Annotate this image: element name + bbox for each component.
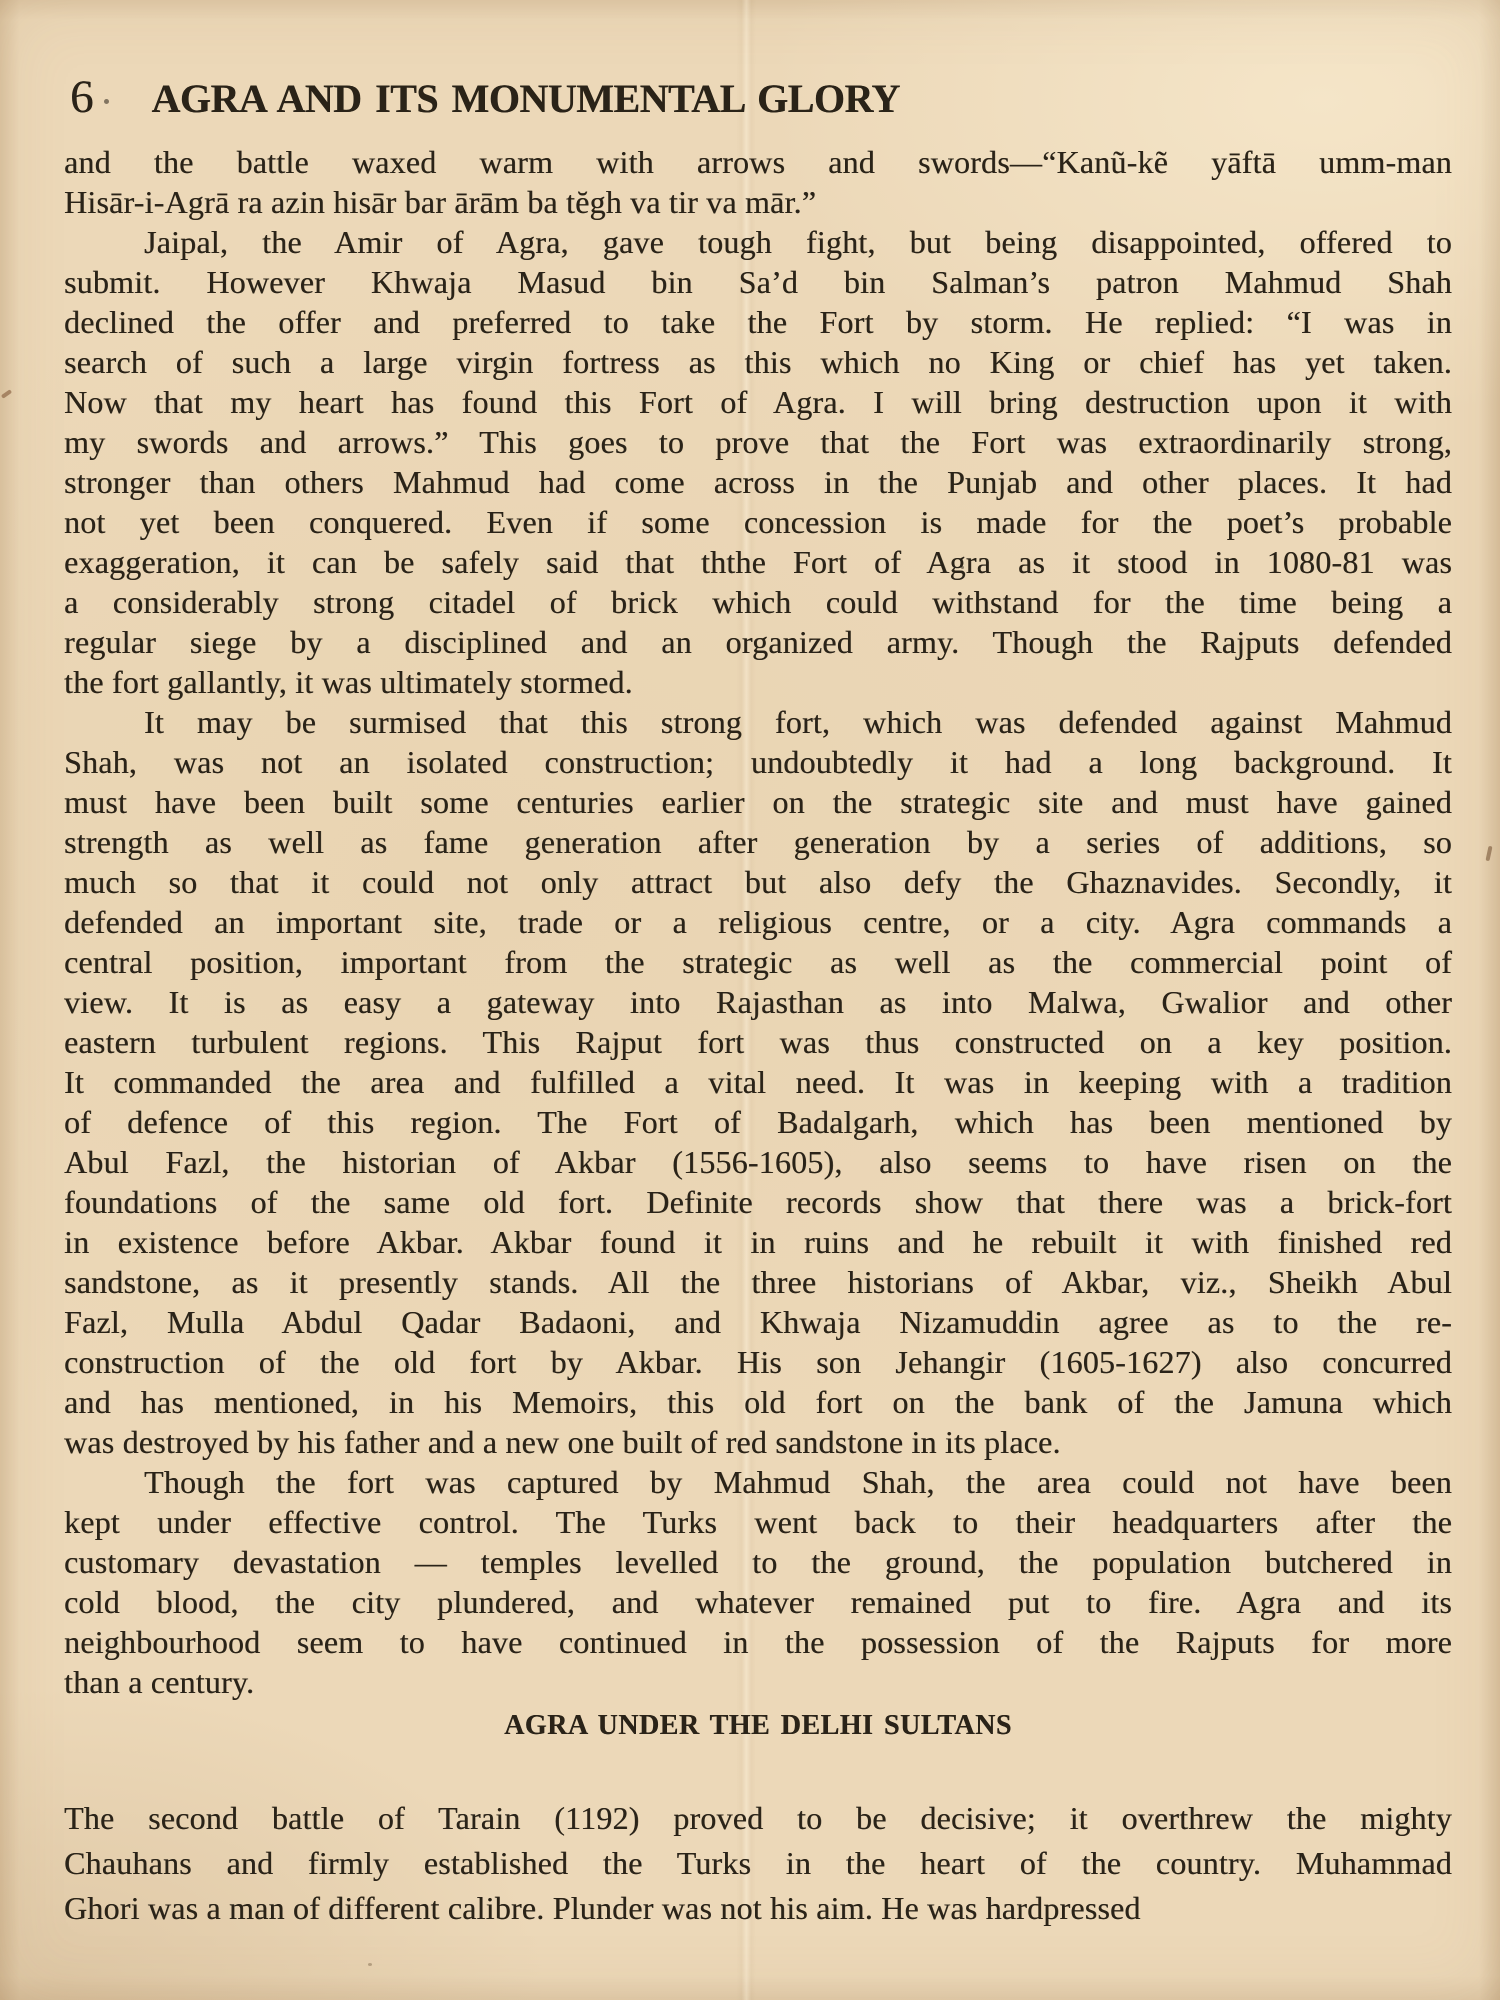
text-line: and has mentioned, in his Memoirs, this …: [64, 1382, 1452, 1422]
text-line: declined the offer and preferred to take…: [64, 302, 1452, 342]
text-line: It may be surmised that this strong fort…: [64, 702, 1452, 742]
page-body: and the battle waxed warm with arrows an…: [64, 142, 1452, 1931]
text-line: submit. However Khwaja Masud bin Sa’d bi…: [64, 262, 1452, 302]
text-line: regular siege by a disciplined and an or…: [64, 622, 1452, 662]
paragraph: and the battle waxed warm with arrows an…: [64, 142, 1452, 222]
text-line: Jaipal, the Amir of Agra, gave tough fig…: [64, 222, 1452, 262]
text-line: eastern turbulent regions. This Rajput f…: [64, 1022, 1452, 1062]
paragraph: It may be surmised that this strong fort…: [64, 702, 1452, 1462]
paragraph: The second battle of Tarain (1192) prove…: [64, 1796, 1452, 1931]
text-line: Shah, was not an isolated construction; …: [64, 742, 1452, 782]
text-line: Abul Fazl, the historian of Akbar (1556-…: [64, 1142, 1452, 1182]
text-line: strength as well as fame generation afte…: [64, 822, 1452, 862]
text-line: must have been built some centuries earl…: [64, 782, 1452, 822]
text-line: exaggeration, it can be safely said that…: [64, 542, 1452, 582]
page-number: 6: [70, 70, 94, 124]
text-line: Hisār-i-Agrā ra azin hisār bar ārām ba t…: [64, 182, 1452, 222]
text-line: It commanded the area and fulfilled a vi…: [64, 1062, 1452, 1102]
text-line: a considerably strong citadel of brick w…: [64, 582, 1452, 622]
text-line: the fort gallantly, it was ultimately st…: [64, 662, 1452, 702]
text-line: customary devastation — temples levelled…: [64, 1542, 1452, 1582]
text-line: Ghori was a man of different calibre. Pl…: [64, 1886, 1452, 1931]
text-line: construction of the old fort by Akbar. H…: [64, 1342, 1452, 1382]
text-line: defended an important site, trade or a r…: [64, 902, 1452, 942]
text-line: my swords and arrows.” This goes to prov…: [64, 422, 1452, 462]
text-line: stronger than others Mahmud had come acr…: [64, 462, 1452, 502]
text-line: Though the fort was captured by Mahmud S…: [64, 1462, 1452, 1502]
page-header: 6 AGRA AND ITS MONUMENTAL GLORY: [70, 70, 900, 124]
book-page: 6 AGRA AND ITS MONUMENTAL GLORY and the …: [0, 0, 1500, 2000]
paragraph: Jaipal, the Amir of Agra, gave tough fig…: [64, 222, 1452, 702]
text-line: not yet been conquered. Even if some con…: [64, 502, 1452, 542]
text-line: was destroyed by his father and a new on…: [64, 1422, 1452, 1462]
text-line: much so that it could not only attract b…: [64, 862, 1452, 902]
text-line: central position, important from the str…: [64, 942, 1452, 982]
text-line: sandstone, as it presently stands. All t…: [64, 1262, 1452, 1302]
text-line: Fazl, Mulla Abdul Qadar Badaoni, and Khw…: [64, 1302, 1452, 1342]
section-heading: AGRA UNDER THE DELHI SULTANS: [64, 1708, 1452, 1744]
paragraph: Though the fort was captured by Mahmud S…: [64, 1462, 1452, 1702]
text-line: than a century.: [64, 1662, 1452, 1702]
text-line: view. It is as easy a gateway into Rajas…: [64, 982, 1452, 1022]
text-line: foundations of the same old fort. Defini…: [64, 1182, 1452, 1222]
text-line: Now that my heart has found this Fort of…: [64, 382, 1452, 422]
running-title: AGRA AND ITS MONUMENTAL GLORY: [152, 75, 900, 122]
text-line: of defence of this region. The Fort of B…: [64, 1102, 1452, 1142]
ink-speck: [368, 1963, 372, 1966]
text-line: The second battle of Tarain (1192) prove…: [64, 1796, 1452, 1841]
text-line: and the battle waxed warm with arrows an…: [64, 142, 1452, 182]
text-line: neighbourhood seem to have continued in …: [64, 1622, 1452, 1662]
text-line: search of such a large virgin fortress a…: [64, 342, 1452, 382]
margin-mark: [1485, 846, 1492, 862]
margin-mark: [1, 389, 12, 399]
text-line: cold blood, the city plundered, and what…: [64, 1582, 1452, 1622]
text-line: Chauhans and firmly established the Turk…: [64, 1841, 1452, 1886]
text-line: in existence before Akbar. Akbar found i…: [64, 1222, 1452, 1262]
text-line: kept under effective control. The Turks …: [64, 1502, 1452, 1542]
